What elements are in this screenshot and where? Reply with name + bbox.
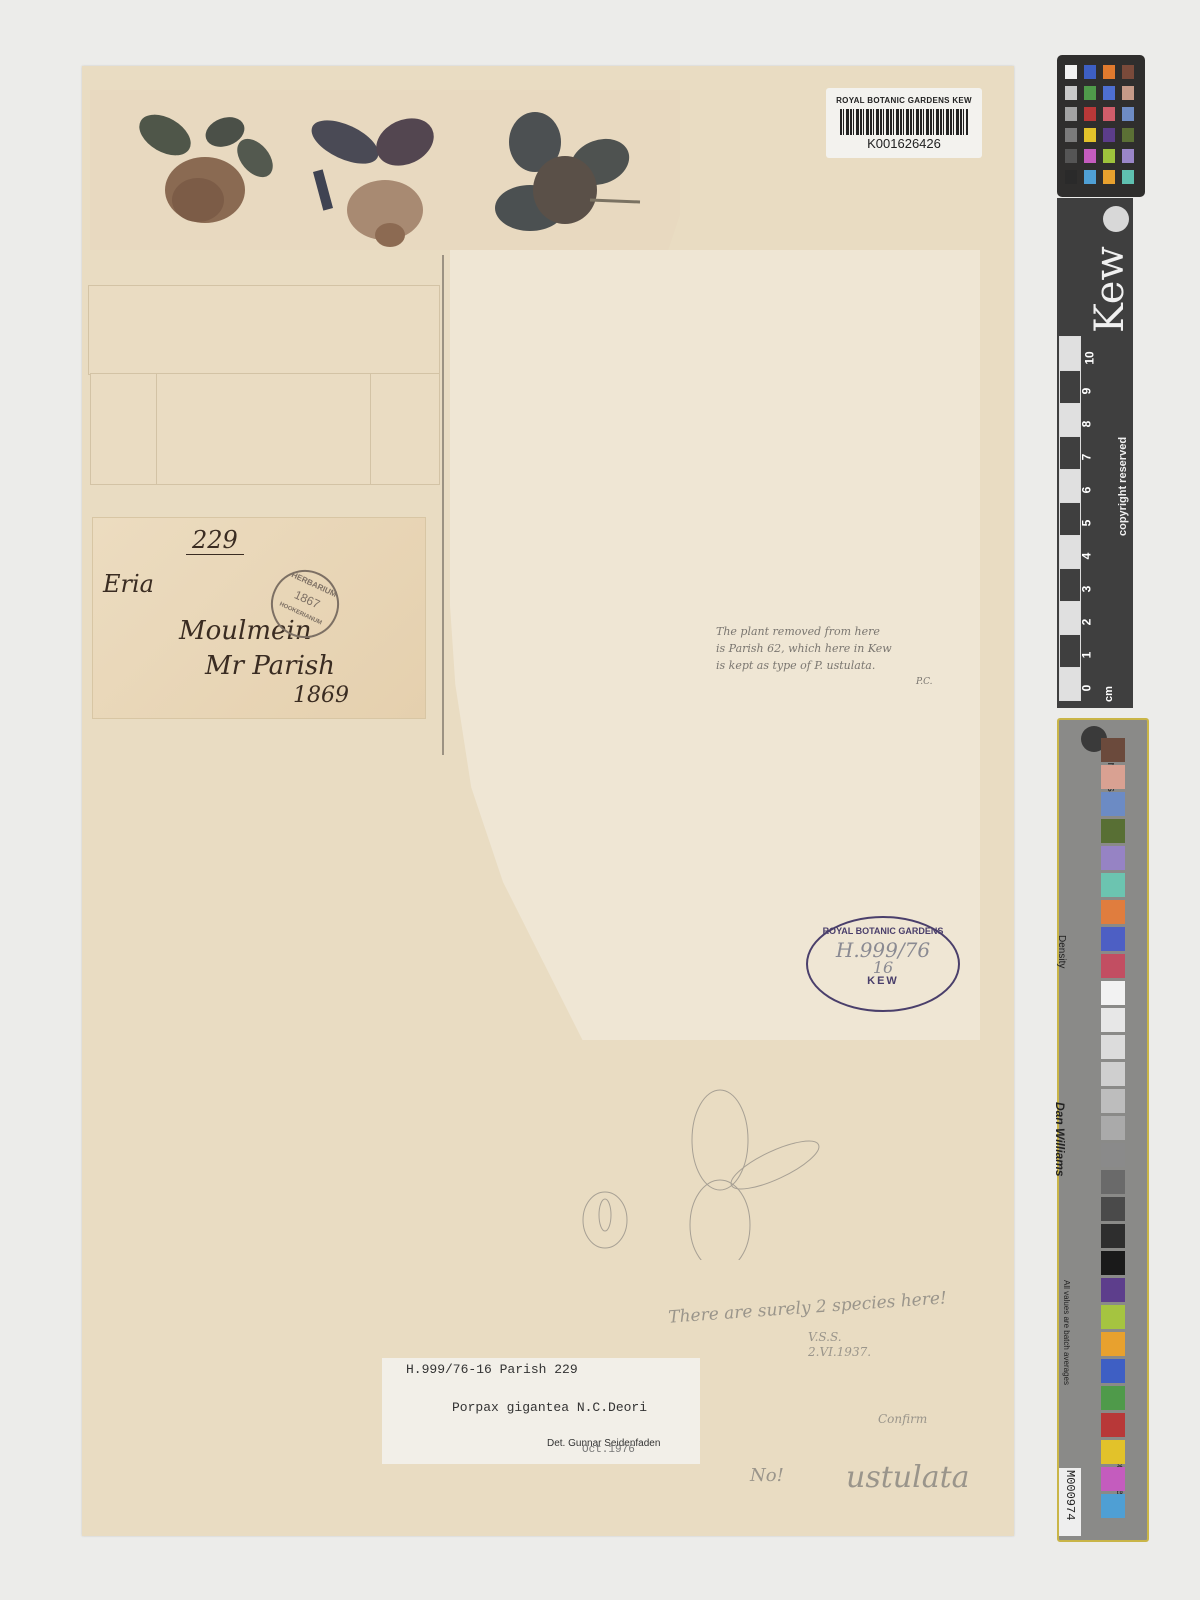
color-swatch: [1103, 149, 1115, 163]
color-swatch: [1065, 86, 1077, 100]
scale-block: [1059, 666, 1081, 701]
scale-block: [1059, 600, 1081, 635]
scale-tick-label: 7: [1079, 454, 1093, 461]
color-swatch: [1122, 86, 1134, 100]
calibration-swatch: [1101, 1413, 1125, 1437]
scale-block: [1059, 402, 1081, 437]
scale-block: [1059, 534, 1081, 569]
color-swatch: [1084, 65, 1096, 79]
scale-block: [1059, 633, 1081, 668]
calibration-swatch: [1101, 1467, 1125, 1491]
color-swatch: [1122, 149, 1134, 163]
barcode: [840, 109, 968, 135]
specimen-mount-strip: [90, 90, 680, 250]
scale-tick-label: 8: [1079, 421, 1093, 428]
calibration-swatch: [1101, 765, 1125, 789]
calibration-swatch: [1101, 738, 1125, 762]
calibration-swatch: [1101, 1197, 1125, 1221]
scale-block: [1059, 336, 1081, 371]
calibration-swatches: [1101, 738, 1125, 1521]
scale-tick-label: 4: [1079, 553, 1093, 560]
color-swatch: [1065, 128, 1077, 142]
color-swatch: [1103, 65, 1115, 79]
pencil-note-initials: V.S.S.: [808, 1330, 842, 1344]
calibration-swatch: [1101, 981, 1125, 1005]
scale-tick-label: 1: [1079, 652, 1093, 659]
calibration-swatch: [1101, 1170, 1125, 1194]
scale-tick-label: 3: [1079, 586, 1093, 593]
calibration-swatch: [1101, 1278, 1125, 1302]
color-swatch: [1084, 170, 1096, 184]
calibration-swatch: [1101, 873, 1125, 897]
color-swatch: [1065, 149, 1077, 163]
calibration-swatch: [1101, 900, 1125, 924]
cm-scale: 012345678910: [1059, 346, 1095, 701]
calibration-swatch: [1101, 819, 1125, 843]
calibration-swatch: [1101, 1440, 1125, 1464]
calibration-swatch: [1101, 1116, 1125, 1140]
calibration-swatch: [1101, 1143, 1125, 1167]
scale-block: [1059, 567, 1081, 602]
barcode-number: K001626426: [826, 136, 982, 151]
calibration-strip: inches Density Dan Williams All values a…: [1057, 718, 1149, 1542]
genus-note: Eria: [103, 570, 154, 598]
color-swatch: [1122, 170, 1134, 184]
calibration-swatch: [1101, 1305, 1125, 1329]
collector: Mr Parish: [205, 651, 335, 681]
scale-tick-label: 9: [1079, 388, 1093, 395]
collection-year: 1869: [293, 683, 349, 708]
brand-label: Dan Williams: [1053, 1102, 1067, 1177]
specimen-1: [132, 106, 280, 223]
annotation-note: The plant removed from here is Parish 62…: [716, 623, 933, 691]
copyright-text: copyright reserved: [1117, 437, 1129, 536]
color-swatch: [1084, 149, 1096, 163]
strip-id: M000974: [1063, 1470, 1077, 1520]
density-label: Density: [1056, 935, 1067, 968]
unit-label: cm: [1103, 686, 1115, 702]
pencil-flower-sketch: [560, 1080, 820, 1260]
color-swatch: [1065, 170, 1077, 184]
color-swatch: [1065, 107, 1077, 121]
taxon-name: Porpax gigantea N.C.Deori: [452, 1400, 647, 1415]
pencil-note-date: 2.VI.1937.: [808, 1345, 871, 1359]
specimen-3: [495, 112, 640, 231]
calibration-swatch: [1101, 1359, 1125, 1383]
kew-scale-ruler: Kew copyright reserved 012345678910 cm: [1057, 198, 1133, 708]
scale-block: [1059, 468, 1081, 503]
barcode-label: ROYAL BOTANIC GARDENS KEW K001626426: [826, 88, 982, 158]
kew-accession-stamp: ROYAL BOTANIC GARDENS H.999/76 16 KEW: [806, 916, 960, 1012]
original-collection-label: 229 Eria Moulmein Mr Parish 1869 HERBARI…: [92, 517, 426, 719]
calibration-swatch: [1101, 954, 1125, 978]
color-swatch: [1122, 107, 1134, 121]
specimen-2: [305, 109, 441, 247]
color-swatch: [1103, 170, 1115, 184]
scale-block: [1059, 501, 1081, 536]
calibration-swatch: [1101, 927, 1125, 951]
calibration-swatch: [1101, 1494, 1125, 1518]
calibration-swatch: [1101, 792, 1125, 816]
institution-name: ROYAL BOTANIC GARDENS KEW: [826, 96, 982, 105]
accession-text: H.999/76-16 Parish 229: [406, 1362, 578, 1377]
fragment-packet-flap[interactable]: [88, 285, 440, 375]
calibration-swatch: [1101, 846, 1125, 870]
kew-logo: Kew: [1087, 246, 1133, 333]
calibration-swatch: [1101, 1062, 1125, 1086]
color-calibration-chart: [1057, 55, 1145, 197]
color-swatch: [1084, 86, 1096, 100]
scale-tick-label: 5: [1079, 520, 1093, 527]
pencil-note-no: No!: [750, 1465, 784, 1486]
calibration-swatch: [1101, 1089, 1125, 1113]
color-swatch: [1084, 128, 1096, 142]
determination-date: Oct.1976: [582, 1444, 635, 1456]
color-swatch: [1122, 128, 1134, 142]
pencil-note-ustulata: ustulata: [846, 1460, 970, 1495]
paper-edge-line: [442, 255, 444, 755]
collection-number: 229: [186, 526, 244, 555]
color-swatch: [1065, 65, 1077, 79]
scale-tick-label: 2: [1079, 619, 1093, 626]
color-swatch: [1084, 107, 1096, 121]
dried-specimens-illustration: [90, 90, 680, 250]
calibration-swatch: [1101, 1386, 1125, 1410]
kew-crest-icon: [1103, 206, 1129, 232]
color-swatch: [1103, 86, 1115, 100]
scale-tick-label: 6: [1079, 487, 1093, 494]
color-swatch: [1122, 65, 1134, 79]
calibration-swatch: [1101, 1035, 1125, 1059]
scale-block: [1059, 369, 1081, 404]
scale-tick-label: 0: [1079, 685, 1093, 692]
pencil-note-confirm: Confirm: [878, 1412, 927, 1426]
color-swatch: [1103, 128, 1115, 142]
determination-slip: H.999/76-16 Parish 229 Porpax gigantea N…: [382, 1358, 700, 1464]
fragment-packet[interactable]: [90, 373, 440, 485]
scale-tick-label: 10: [1083, 351, 1097, 364]
scale-block: [1059, 435, 1081, 470]
strip-id-box: M000974: [1059, 1468, 1081, 1536]
calibration-swatch: [1101, 1332, 1125, 1356]
calibration-swatch: [1101, 1251, 1125, 1275]
calibration-swatch: [1101, 1008, 1125, 1032]
batch-note: All values are batch averages: [1062, 1280, 1071, 1385]
color-swatch: [1103, 107, 1115, 121]
calibration-swatch: [1101, 1224, 1125, 1248]
